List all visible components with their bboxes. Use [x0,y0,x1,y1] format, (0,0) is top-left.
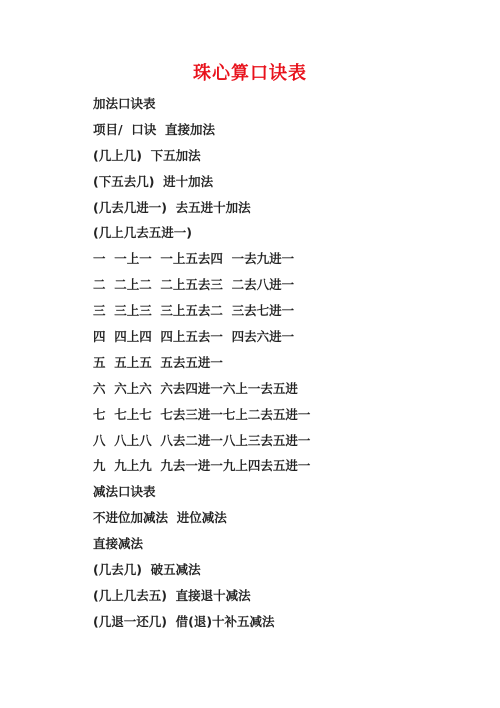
rule-row-2: 二 二上二 二上五去三 二去八进一 [93,277,310,303]
text-line: (几上几) 下五加法 [93,148,310,174]
table-header-line: 项目/ 口诀 直接加法 [93,122,310,148]
document-title: 珠心算口诀表 [0,62,500,86]
rule-row-6: 六 六上六 六去四进一六上一去五进 [93,381,310,407]
rule-row-9: 九 九上九 九去一进一九上四去五进一 [93,458,310,484]
rule-row-8: 八 八上八 八去二进一八上三去五进一 [93,433,310,459]
rule-row-1: 一 一上一 一上五去四 一去九进一 [93,251,310,277]
rule-row-4: 四 四上四 四上五去一 四去六进一 [93,329,310,355]
text-line: (几去几) 破五减法 [93,562,310,588]
text-line: (几上几去五进一) [93,225,310,251]
section-heading-subtraction: 减法口诀表 [93,484,310,510]
text-line: 不进位加减法 进位减法 [93,510,310,536]
rule-row-7: 七 七上七 七去三进一七上二去五进一 [93,407,310,433]
text-line: (几去几进一) 去五进十加法 [93,200,310,226]
text-line: 直接减法 [93,536,310,562]
text-line: (几上几去五) 直接退十减法 [93,588,310,614]
rule-row-5: 五 五上五 五去五进一 [93,355,310,381]
text-line: (下五去几) 进十加法 [93,174,310,200]
document-page: 珠心算口诀表 加法口诀表 项目/ 口诀 直接加法 (几上几) 下五加法 (下五去… [0,0,500,708]
rule-row-3: 三 三上三 三上五去二 三去七进一 [93,303,310,329]
document-body: 加法口诀表 项目/ 口诀 直接加法 (几上几) 下五加法 (下五去几) 进十加法… [93,96,310,640]
section-heading-addition: 加法口诀表 [93,96,310,122]
text-line: (几退一还几) 借(退)十补五减法 [93,614,310,640]
